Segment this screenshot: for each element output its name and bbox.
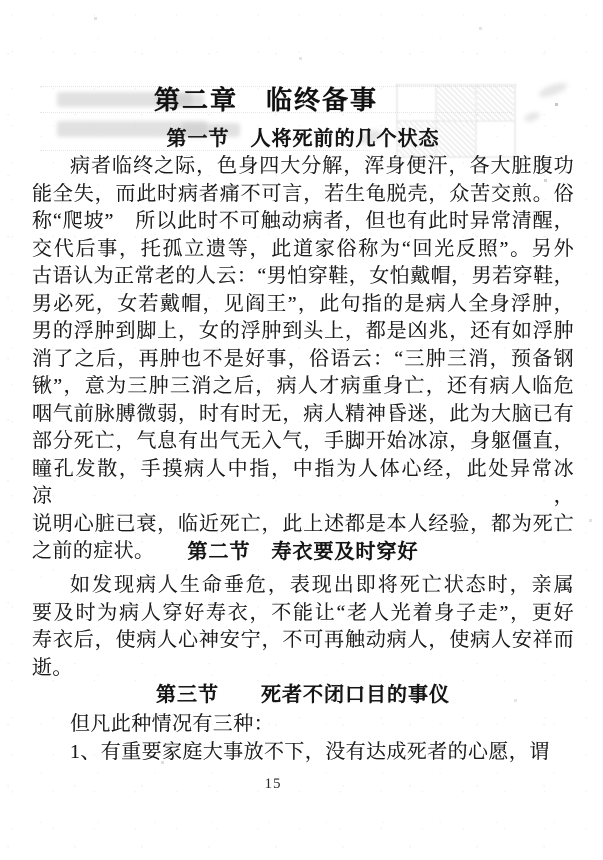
text-line: 咽气前脉膊微弱，时有时无，病人精神昏迷，此为大脑已有 xyxy=(32,401,574,429)
section-heading: 第一节 人将死前的几个状态 xyxy=(32,126,574,153)
text-line: 如发现病人生命垂危，表现出即将死亡状态时，亲属 xyxy=(32,572,574,600)
text-line: 男必死，女若戴帽，见阎王”，此句指的是病人全身浮肿， xyxy=(32,291,574,319)
section: 第二节 寿衣要及时穿好如发现病人生命垂危，表现出即将死亡状态时，亲属要及时为病人… xyxy=(32,539,574,682)
scanned-book-page: 第二章 临终备事 第一节 人将死前的几个状态病者临终之际，色身四大分解，浑身便汗… xyxy=(0,0,603,860)
text-line: 消了之后，再肿也不是好事，俗语云：“三肿三消，预备钢 xyxy=(32,346,574,374)
chapter-title: 第二章 临终备事 xyxy=(0,84,532,118)
ghost-smudge xyxy=(537,80,569,100)
section-heading: 第三节 死者不闭口目的事仪 xyxy=(32,682,574,709)
text-line: 病者临终之际，色身四大分解，浑身便汗，各大脏腹功 xyxy=(32,153,574,181)
scan-specks xyxy=(0,0,1,1)
text-line: 锹”，意为三肿三消之后，病人才病重身亡，还有病人临危 xyxy=(32,373,574,401)
section: 第一节 人将死前的几个状态病者临终之际，色身四大分解，浑身便汗，各大脏腹功能全失… xyxy=(32,126,574,566)
page-number: 15 xyxy=(0,776,546,793)
text-line: 男的浮肿到脚上，女的浮肿到头上，都是凶兆，还有如浮肿 xyxy=(32,318,574,346)
text-line: 古语认为正常老的人云：“男怕穿鞋，女怕戴帽，男若穿鞋， xyxy=(32,263,574,291)
section-heading: 第二节 寿衣要及时穿好 xyxy=(32,539,574,566)
text-line: 交代后事，托孤立遗等，此道家俗称为“回光反照”。另外 xyxy=(32,236,574,264)
text-line: 说明心脏已衰，临近死亡，此上述都是本人经验，都为死亡 xyxy=(32,511,574,539)
text-line: 要及时为病人穿好寿衣，不能让“老人光着身子走”，更好 xyxy=(32,600,574,628)
text-line: 逝。 xyxy=(32,655,574,683)
text-line: 瞳孔发散，手摸病人中指，中指为人体心经，此处异常冰凉， xyxy=(32,456,574,511)
text-line: 称“爬坡” 所以此时不可触动病者，但也有此时异常清醒， xyxy=(32,208,574,236)
text-line: 1、有重要家庭大事放不下，没有达成死者的心愿，谓 xyxy=(32,739,574,767)
text-line: 能全失，而此时病者痛不可言，若生龟脱壳，众苦交煎。俗 xyxy=(32,181,574,209)
text-line: 寿衣后，使病人心神安宁，不可再触动病人，使病人安祥而 xyxy=(32,627,574,655)
text-line: 部分死亡，气息有出气无入气，手脚开始冰凉，身躯僵直， xyxy=(32,428,574,456)
text-line: 但凡此种情况有三种： xyxy=(32,711,574,739)
section: 第三节 死者不闭口目的事仪但凡此种情况有三种：1、有重要家庭大事放不下，没有达成… xyxy=(32,682,574,766)
